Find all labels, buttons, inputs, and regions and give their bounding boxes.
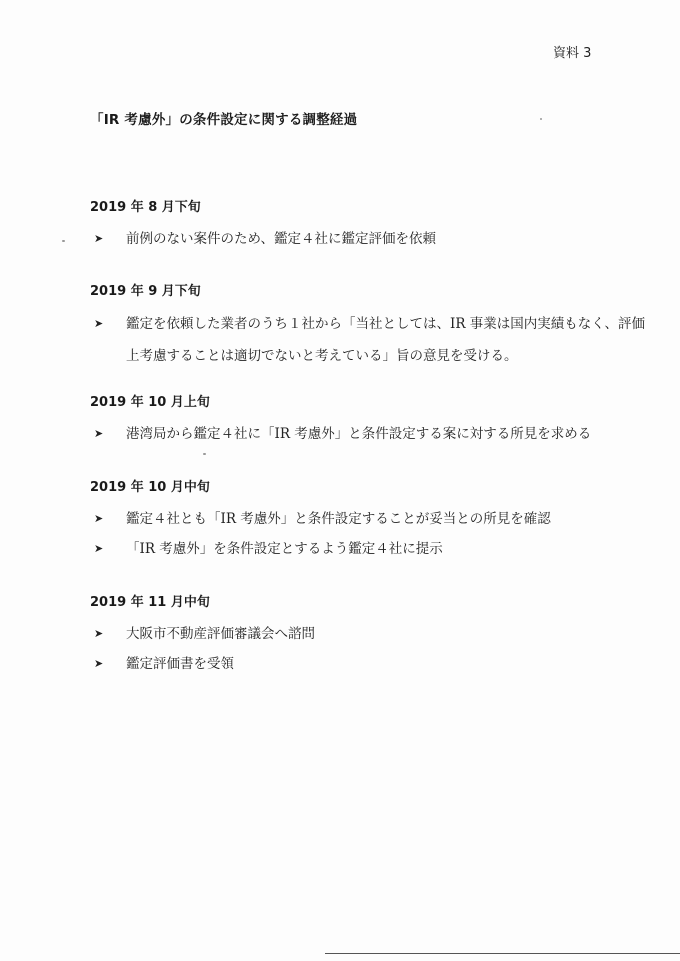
list-item-text: 「IR 考慮外」を条件設定とするよう鑑定４社に提示 (126, 536, 680, 562)
bottom-rule-divider (325, 953, 680, 954)
timeline-section: 2019 年 9 月下旬 ➤ 鑑定を依頼した業者のうち１社から「当社としては、I… (90, 282, 646, 372)
document-title: 「IR 考慮外」の条件設定に関する調整経過 (90, 108, 357, 128)
section-date: 2019 年 10 月上旬 (90, 393, 680, 413)
section-date: 2019 年 11 月中旬 (90, 593, 526, 613)
list-item-text: 鑑定４社とも「IR 考慮外」と条件設定することが妥当との所見を確認 (126, 506, 680, 532)
list-item-text: 鑑定評価書を受領 (126, 651, 526, 677)
arrow-bullet-icon: ➤ (94, 651, 103, 677)
list-item-text: 大阪市不動産評価審議会へ諮問 (126, 621, 526, 647)
arrow-bullet-icon: ➤ (94, 506, 103, 532)
bullet-list: ➤ 鑑定を依頼した業者のうち１社から「当社としては、IR 事業は国内実績もなく、… (90, 308, 646, 372)
arrow-bullet-icon: ➤ (94, 421, 103, 447)
section-date: 2019 年 10 月中旬 (90, 478, 680, 498)
arrow-bullet-icon: ➤ (94, 308, 103, 340)
scan-speck (62, 240, 65, 242)
bullet-list: ➤ 港湾局から鑑定４社に「IR 考慮外」と条件設定する案に対する所見を求める (90, 421, 680, 447)
list-item: ➤ 鑑定評価書を受領 (90, 651, 526, 677)
scan-speck (203, 453, 206, 455)
list-item-text: 鑑定を依頼した業者のうち１社から「当社としては、IR 事業は国内実績もなく、評価… (126, 308, 646, 372)
list-item-text: 前例のない案件のため、鑑定４社に鑑定評価を依頼 (126, 226, 646, 252)
bullet-list: ➤ 大阪市不動産評価審議会へ諮問 ➤ 鑑定評価書を受領 (90, 621, 526, 677)
timeline-section: 2019 年 11 月中旬 ➤ 大阪市不動産評価審議会へ諮問 ➤ 鑑定評価書を受… (90, 593, 526, 677)
list-item-text: 港湾局から鑑定４社に「IR 考慮外」と条件設定する案に対する所見を求める (126, 421, 680, 447)
arrow-bullet-icon: ➤ (94, 226, 103, 252)
timeline-section: 2019 年 8 月下旬 ➤ 前例のない案件のため、鑑定４社に鑑定評価を依頼 (90, 198, 646, 252)
arrow-bullet-icon: ➤ (94, 621, 103, 647)
list-item: ➤ 大阪市不動産評価審議会へ諮問 (90, 621, 526, 647)
list-item: ➤ 鑑定を依頼した業者のうち１社から「当社としては、IR 事業は国内実績もなく、… (90, 308, 646, 372)
section-date: 2019 年 8 月下旬 (90, 198, 646, 218)
bullet-list: ➤ 鑑定４社とも「IR 考慮外」と条件設定することが妥当との所見を確認 ➤ 「I… (90, 506, 680, 562)
list-item: ➤ 鑑定４社とも「IR 考慮外」と条件設定することが妥当との所見を確認 (90, 506, 680, 532)
timeline-section: 2019 年 10 月上旬 ➤ 港湾局から鑑定４社に「IR 考慮外」と条件設定す… (90, 393, 680, 447)
page-label: 資料 3 (553, 42, 591, 61)
bullet-list: ➤ 前例のない案件のため、鑑定４社に鑑定評価を依頼 (90, 226, 646, 252)
scan-speck (540, 118, 542, 120)
list-item: ➤ 「IR 考慮外」を条件設定とするよう鑑定４社に提示 (90, 536, 680, 562)
arrow-bullet-icon: ➤ (94, 536, 103, 562)
list-item: ➤ 港湾局から鑑定４社に「IR 考慮外」と条件設定する案に対する所見を求める (90, 421, 680, 447)
list-item: ➤ 前例のない案件のため、鑑定４社に鑑定評価を依頼 (90, 226, 646, 252)
section-date: 2019 年 9 月下旬 (90, 282, 646, 302)
timeline-section: 2019 年 10 月中旬 ➤ 鑑定４社とも「IR 考慮外」と条件設定することが… (90, 478, 680, 562)
